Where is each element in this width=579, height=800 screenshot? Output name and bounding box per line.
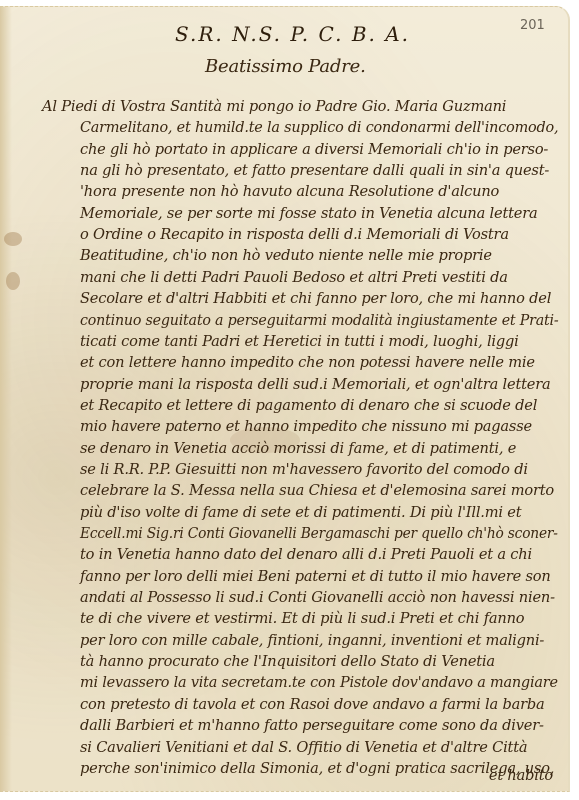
manuscript-line: o Ordine o Recapito in risposta delli d.… (80, 226, 509, 243)
document-header: S.R. N.S. P. C. B. A. (175, 22, 410, 46)
manuscript-line: et Recapito et lettere di pagamento di d… (80, 397, 537, 414)
manuscript-line: fanno per loro delli miei Beni paterni e… (80, 568, 551, 585)
manuscript-line: che gli hò portato in applicare a divers… (80, 141, 548, 158)
manuscript-line: Eccell.mi Sig.ri Conti Giovanelli Bergam… (80, 525, 558, 542)
manuscript-line: per loro con mille cabale, fintioni, ing… (80, 632, 544, 649)
manuscript-line: andati al Possesso li sud.i Conti Giovan… (80, 589, 555, 606)
manuscript-line: na gli hò presentato, et fatto presentar… (80, 162, 549, 179)
manuscript-line: se denaro in Venetia acciò morissi di fa… (80, 440, 516, 457)
manuscript-line: Beatitudine, ch'io non hò veduto niente … (80, 247, 492, 264)
manuscript-line: proprie mani la risposta delli sud.i Mem… (80, 376, 551, 393)
manuscript-line: to in Venetia hanno dato del denaro alli… (80, 546, 532, 563)
page-edge-shadow (0, 7, 12, 791)
salutation: Beatissimo Padre. (205, 56, 366, 77)
ink-stain (6, 272, 20, 290)
closing-words: et habito (489, 767, 553, 784)
manuscript-line: ticati come tanti Padri et Heretici in t… (80, 333, 519, 350)
manuscript-line: più d'iso volte di fame di sete et di pa… (80, 504, 521, 521)
folio-number: 201 (520, 18, 545, 33)
manuscript-line: perche son'inimico della Simonia, et d'o… (80, 760, 554, 777)
manuscript-line: Secolare et d'altri Habbiti et chi fanno… (80, 290, 551, 307)
manuscript-line: mani che li detti Padri Pauoli Bedoso et… (80, 269, 508, 286)
manuscript-line: continuo seguitato a perseguitarmi modal… (80, 312, 558, 329)
ink-stain (4, 232, 22, 246)
manuscript-line: te di che vivere et vestirmi. Et di più … (80, 610, 524, 627)
manuscript-line: Al Piedi di Vostra Santità mi pongo io P… (42, 98, 506, 115)
manuscript-line: se li R.R. P.P. Giesuitti non m'havesser… (80, 461, 528, 478)
manuscript-line: mio havere paterno et hanno impedito che… (80, 418, 532, 435)
manuscript-line: et con lettere hanno impedito che non po… (80, 354, 535, 371)
manuscript-line: con pretesto di tavola et con Rasoi dove… (80, 696, 545, 713)
manuscript-line: si Cavalieri Venitiani et dal S. Offitio… (80, 739, 527, 756)
manuscript-line: 'hora presente non hò havuto alcuna Reso… (80, 183, 499, 200)
manuscript-line: Carmelitano, et humild.te la supplico di… (80, 119, 558, 136)
manuscript-line: tà hanno procurato che l'Inquisitori del… (80, 653, 495, 670)
manuscript-line: Memoriale, se per sorte mi fosse stato i… (80, 205, 538, 222)
manuscript-line: mi levassero la vita secretam.te con Pis… (80, 674, 558, 691)
manuscript-line: celebrare la S. Messa nella sua Chiesa e… (80, 482, 554, 499)
manuscript-line: dalli Barbieri et m'hanno fatto persegui… (80, 717, 544, 734)
